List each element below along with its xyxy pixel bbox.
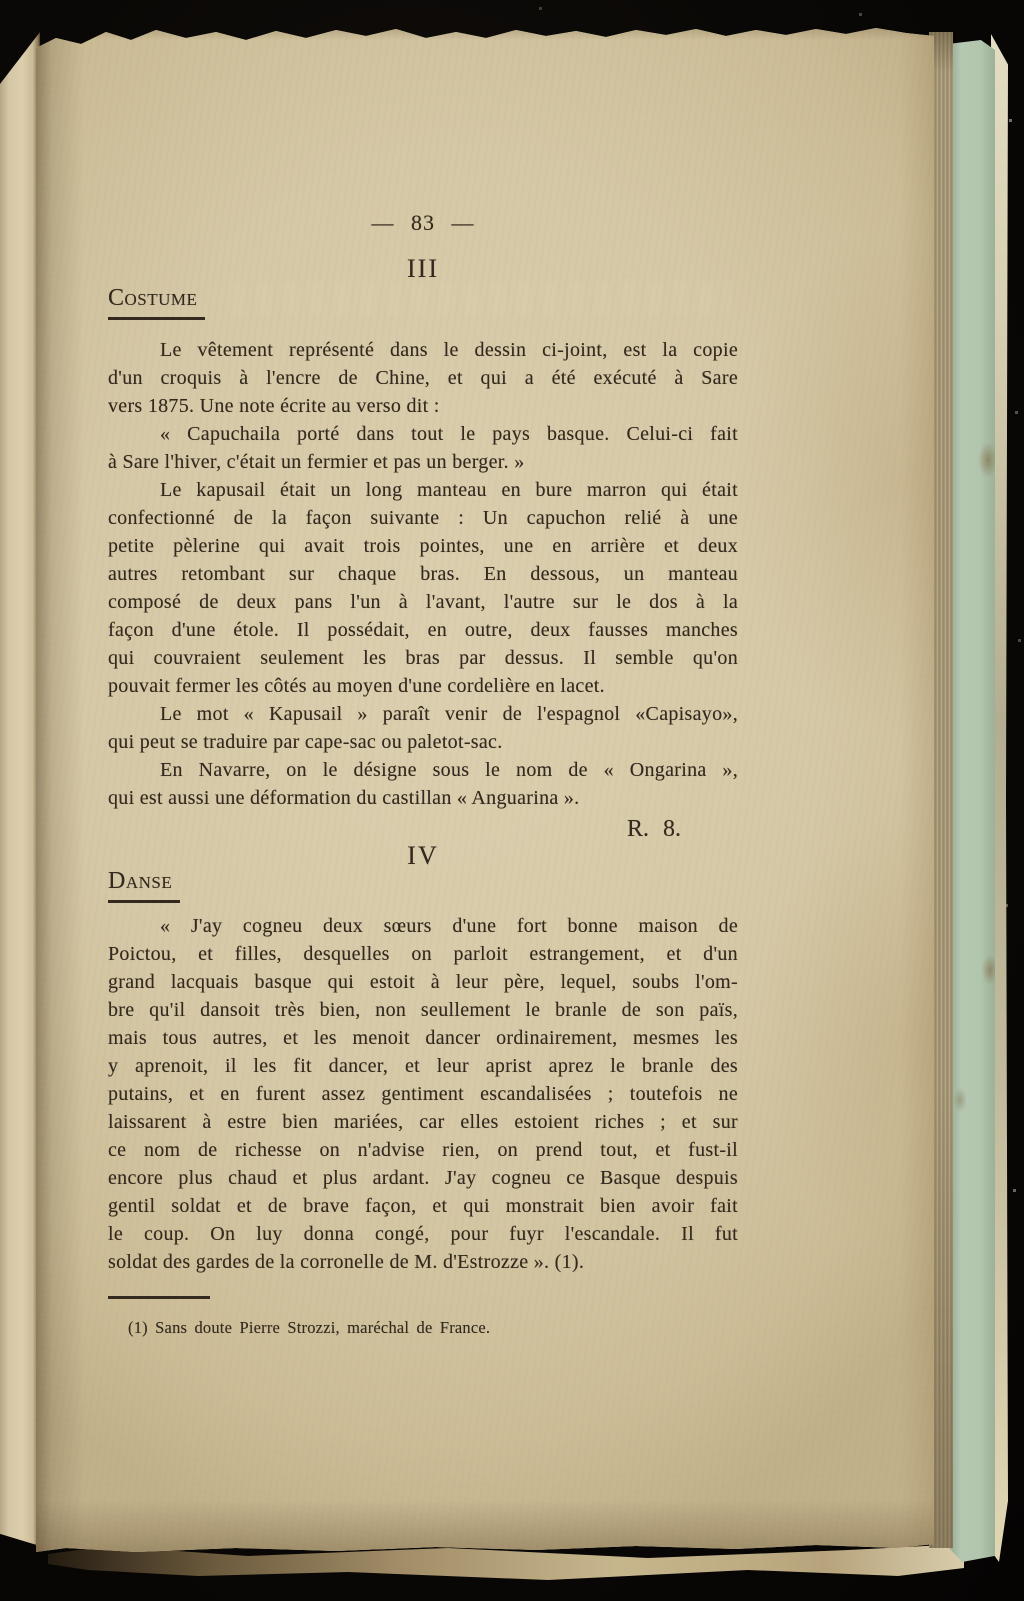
text-line: ce nom de richesse on n'advise rien, on … xyxy=(108,1136,738,1164)
previous-page-sliver xyxy=(0,26,40,1546)
section-costume-body: Le vêtement représenté dans le dessin ci… xyxy=(108,336,738,812)
paragraph: « Capuchaila porté dans tout le pays bas… xyxy=(108,420,738,476)
text-line: putains, et en furent assez gentiment es… xyxy=(108,1080,738,1108)
text-line: à Sare l'hiver, c'était un fermier et pa… xyxy=(108,448,738,476)
page-number: — 83 — xyxy=(108,210,738,236)
section-heading-costume: Costume xyxy=(108,285,205,320)
text-line: y aprenoit, il les fit dancer, et leur a… xyxy=(108,1052,738,1080)
text-line: Le vêtement représenté dans le dessin ci… xyxy=(108,336,738,364)
text-line: grand lacquais basque qui estoit à leur … xyxy=(108,968,738,996)
text-line: façon d'une étole. Il possédait, en outr… xyxy=(108,616,738,644)
paragraph: Le vêtement représenté dans le dessin ci… xyxy=(108,336,738,420)
paragraph: En Navarre, on le désigne sous le nom de… xyxy=(108,756,738,812)
text-line: encore plus chaud et plus ardant. J'ay c… xyxy=(108,1164,738,1192)
book-page: — 83 — III Costume Le vêtement représent… xyxy=(36,26,934,1552)
text-line: Le mot « Kapusail » paraît venir de l'es… xyxy=(108,700,738,728)
text-line: qui peut se traduire par cape-sac ou pal… xyxy=(108,728,738,756)
green-cover-band xyxy=(948,40,995,1562)
text-line: pouvait fermer les côtés au moyen d'une … xyxy=(108,672,738,700)
text-line: « J'ay cogneu deux sœurs d'une fort bonn… xyxy=(108,912,738,940)
text-line: En Navarre, on le désigne sous le nom de… xyxy=(108,756,738,784)
text-line: « Capuchaila porté dans tout le pays bas… xyxy=(108,420,738,448)
dust-specks xyxy=(0,0,1,1)
author-initials: R. 8. xyxy=(108,816,738,843)
footnote: (1) Sans doute Pierre Strozzi, maréchal … xyxy=(128,1318,558,1338)
scanned-book-spread: — 83 — III Costume Le vêtement représent… xyxy=(0,0,1024,1601)
section-heading-danse: Danse xyxy=(108,868,180,903)
paragraph: Le mot « Kapusail » paraît venir de l'es… xyxy=(108,700,738,756)
paragraph: « J'ay cogneu deux sœurs d'une fort bonn… xyxy=(108,912,738,1276)
text-line: autres retombant sur chaque bras. En des… xyxy=(108,560,738,588)
text-line: Le kapusail était un long manteau en bur… xyxy=(108,476,738,504)
text-line: mais tous autres, et les menoit dancer o… xyxy=(108,1024,738,1052)
text-line: qui est aussi une déformation du castill… xyxy=(108,784,738,812)
text-line: confectionné de la façon suivante : Un c… xyxy=(108,504,738,532)
section-numeral-iv: IV xyxy=(108,841,738,871)
text-line: vers 1875. Une note écrite au verso dit … xyxy=(108,392,738,420)
text-line: petite pèlerine qui avait trois pointes,… xyxy=(108,532,738,560)
text-column: — 83 — III Costume Le vêtement représent… xyxy=(108,26,738,1552)
text-line: composé de deux pans l'un à l'avant, l'a… xyxy=(108,588,738,616)
text-line: d'un croquis à l'encre de Chine, et qui … xyxy=(108,364,738,392)
text-line: laissarent à estre bien mariées, car ell… xyxy=(108,1108,738,1136)
text-line: qui couvraient seulement les bras par de… xyxy=(108,644,738,672)
text-line: bre qu'il dansoit très bien, non seullem… xyxy=(108,996,738,1024)
text-line: Poictou, et filles, desquelles on parloi… xyxy=(108,940,738,968)
section-danse-body: « J'ay cogneu deux sœurs d'une fort bonn… xyxy=(108,912,738,1276)
text-line: gentil soldat et de brave façon, et qui … xyxy=(108,1192,738,1220)
text-line: soldat des gardes de la corronelle de M.… xyxy=(108,1248,738,1276)
footnote-separator-rule xyxy=(108,1296,210,1299)
section-numeral-iii: III xyxy=(108,254,738,284)
text-line: le coup. On luy donna congé, pour fuyr l… xyxy=(108,1220,738,1248)
paragraph: Le kapusail était un long manteau en bur… xyxy=(108,476,738,700)
